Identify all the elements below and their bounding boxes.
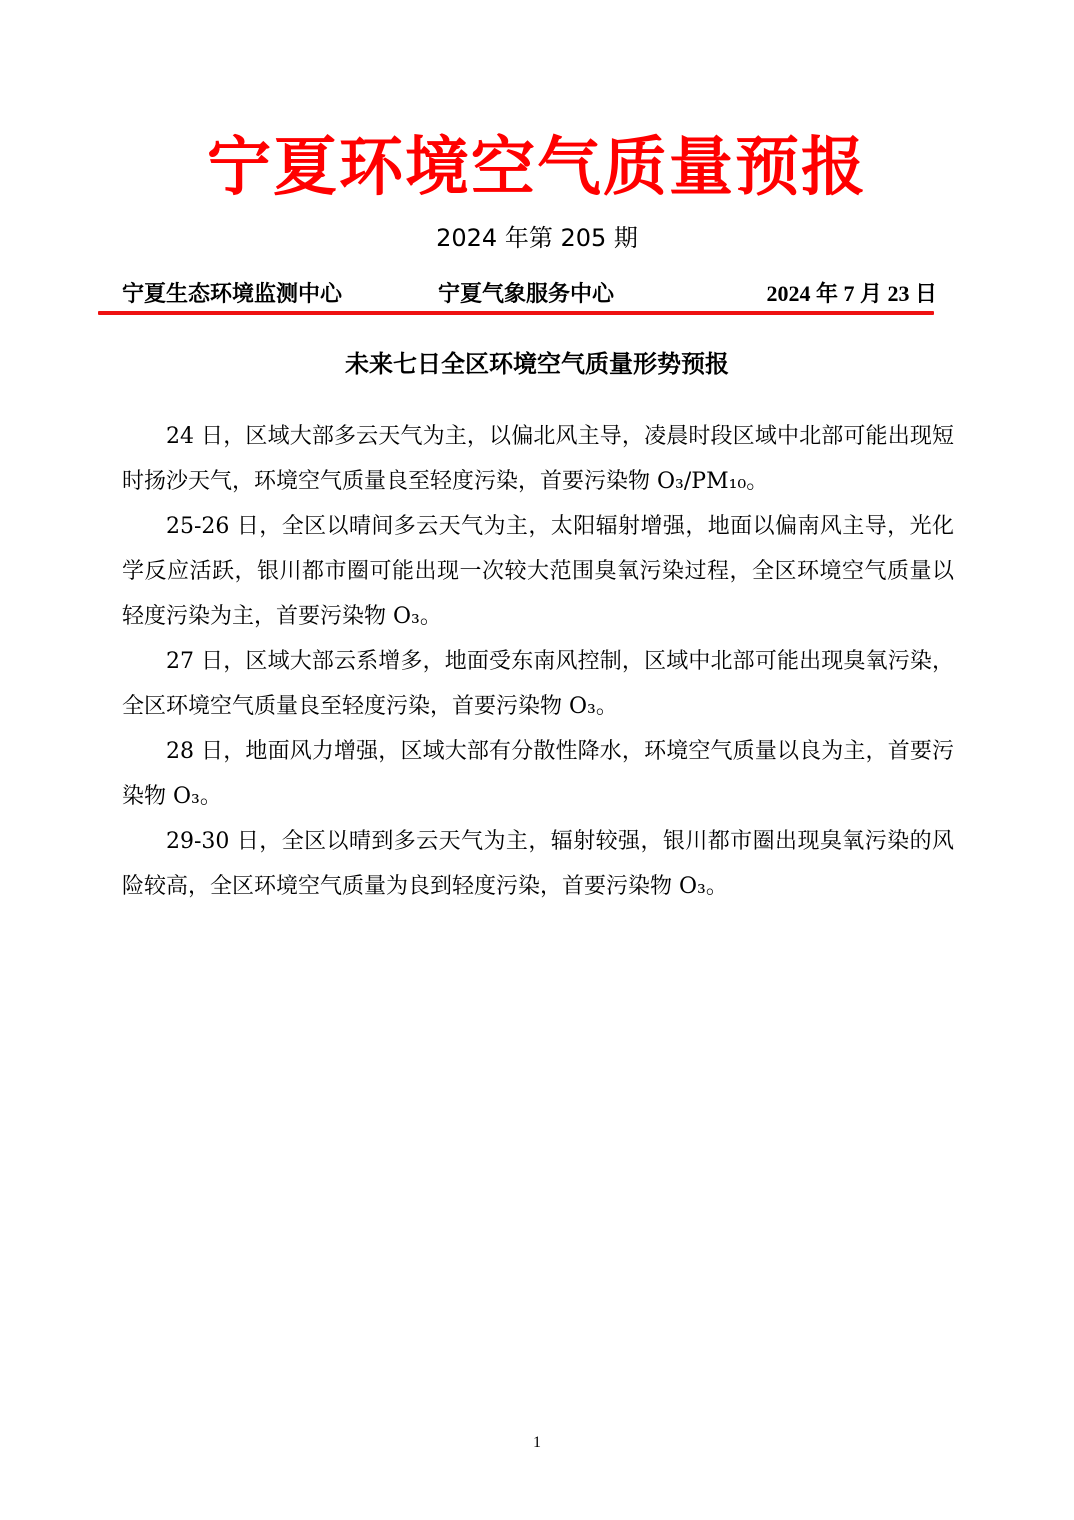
publish-date: 2024 年 7 月 23 日 bbox=[766, 277, 937, 311]
publisher-meteorological-center: 宁夏气象服务中心 bbox=[438, 277, 614, 311]
page-number: 1 bbox=[0, 1434, 1074, 1452]
issue-number: 2024 年第 205 期 bbox=[0, 218, 1074, 258]
forecast-paragraph-25-26: 25-26 日，全区以晴间多云天气为主，太阳辐射增强，地面以偏南风主导，光化学反… bbox=[122, 504, 954, 639]
publisher-line: 宁夏生态环境监测中心 宁夏气象服务中心 2024 年 7 月 23 日 bbox=[122, 277, 937, 311]
forecast-paragraph-27: 27 日，区域大部云系增多，地面受东南风控制，区域中北部可能出现臭氧污染，全区环… bbox=[122, 639, 954, 729]
forecast-paragraph-28: 28 日，地面风力增强，区域大部有分散性降水，环境空气质量以良为主，首要污染物 … bbox=[122, 729, 954, 819]
publisher-monitoring-center: 宁夏生态环境监测中心 bbox=[122, 277, 342, 311]
header-divider bbox=[98, 311, 934, 315]
forecast-paragraph-24: 24 日，区域大部多云天气为主，以偏北风主导，凌晨时段区域中北部可能出现短时扬沙… bbox=[122, 414, 954, 504]
masthead-title: 宁夏环境空气质量预报 bbox=[0, 128, 1074, 208]
forecast-body: 24 日，区域大部多云天气为主，以偏北风主导，凌晨时段区域中北部可能出现短时扬沙… bbox=[122, 414, 954, 909]
forecast-paragraph-29-30: 29-30 日，全区以晴到多云天气为主，辐射较强，银川都市圈出现臭氧污染的风险较… bbox=[122, 819, 954, 909]
section-title: 未来七日全区环境空气质量形势预报 bbox=[0, 342, 1074, 386]
